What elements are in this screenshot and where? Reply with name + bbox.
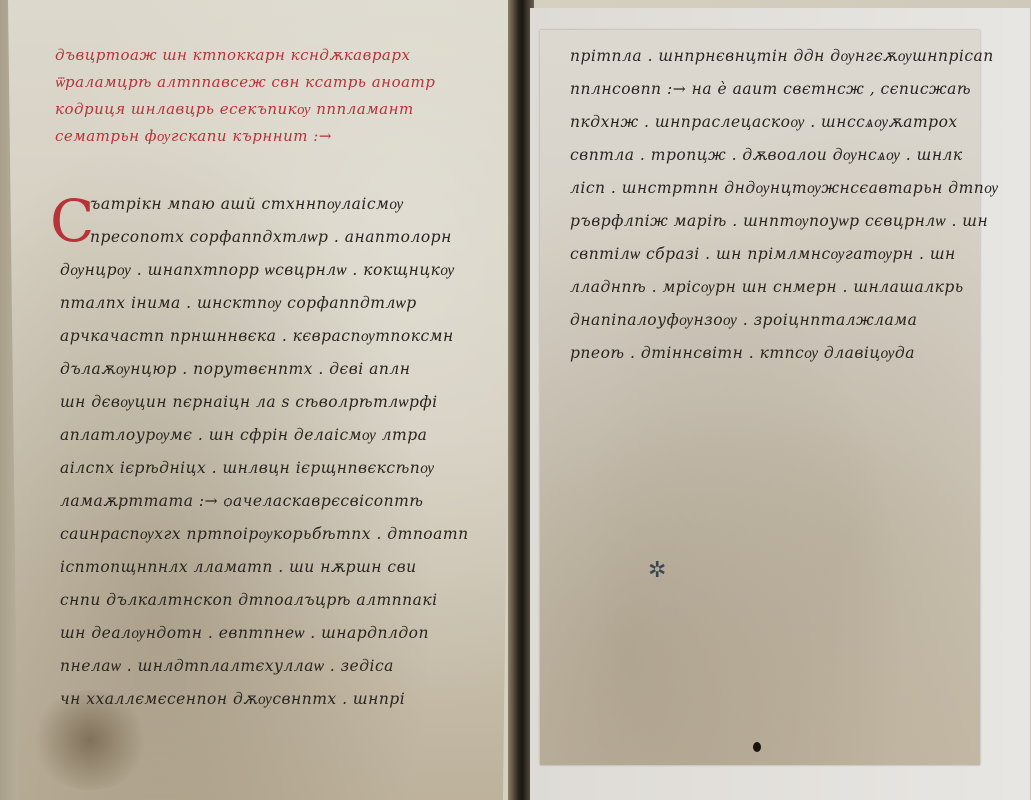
rubric-line: ѿраламцрѣ алтппавсеж свн ксатрь аноатр bbox=[55, 69, 495, 96]
text-line: пресопотх сорфаппдхтлѡр . анаптолорн bbox=[60, 221, 490, 254]
manuscript-photo: ✲ дъвцртоаж шн ктпоккарн ксндѫкаврарх ѿр… bbox=[0, 0, 1031, 800]
right-body-text: прітпла . шнпрнєвнцтін ддн дѹнгєѫѹшнпріс… bbox=[570, 40, 990, 370]
left-body-text: ъатрікн мпаю ашй стхннпѹлаісмѹ пресопотх… bbox=[60, 188, 490, 716]
text-line: шн деалѹндотн . евптпнеѡ . шнардплдоп bbox=[60, 617, 490, 650]
text-line: снпи дълкалтнскоп дтпоалъцрѣ алтппакі bbox=[60, 584, 490, 617]
text-line: пплнсовпп :→ на ѐ ааит свєтнсж , сєписжа… bbox=[570, 73, 990, 106]
text-line: арчкачастп прншннвєка . кєвраспѹтпоксмн bbox=[60, 320, 490, 353]
worm-hole bbox=[753, 742, 761, 752]
text-line: аплатлоурѹмє . шн сфрін делаісмѹ лтра bbox=[60, 419, 490, 452]
text-line: рпеоѣ . дтіннсвітн . ктпсѹ длавіцѹда bbox=[570, 337, 990, 370]
text-line: саинраспѹхгх пртпоірѹкорьбѣтпх . дтпоатп bbox=[60, 518, 490, 551]
left-rubric-text: дъвцртоаж шн ктпоккарн ксндѫкаврарх ѿрал… bbox=[55, 42, 495, 150]
text-line: дълаѫѹнцюр . порутвєнптх . дєві аплн bbox=[60, 353, 490, 386]
ink-blot: ✲ bbox=[648, 558, 678, 588]
text-line: ръврфлпіж маріѣ . шнптѹпоуѡр сєвцрнлѡ . … bbox=[570, 205, 990, 238]
rubric-line: дъвцртоаж шн ктпоккарн ксндѫкаврарх bbox=[55, 42, 495, 69]
text-line: лісп . шнстртпн дндѹнцтѹжнсєавтарьн дтпѹ bbox=[570, 172, 990, 205]
text-line: чн ххаллємєсенпон дѫѹсвнптх . шнпрі bbox=[60, 683, 490, 716]
text-line: шн дєвѹцин пєрнаіцн ла ѕ сѣволрѣтлѡрфі bbox=[60, 386, 490, 419]
text-line: пкдхнж . шнпраслецаскоѹ . шнссѧѹѫатрох bbox=[570, 106, 990, 139]
text-line: дѹнцрѹ . шнапхтпорр ѡсвцрнлѡ . кокщнцкѹ bbox=[60, 254, 490, 287]
text-line: лладнпѣ . мрісѹрн шн снмерн . шнлашалкрь bbox=[570, 271, 990, 304]
text-line: ісптопщнпнлх лламатп . ши нѫршн сви bbox=[60, 551, 490, 584]
text-line: пнелаѡ . шнлдтплалтєхуллаѡ . зедіса bbox=[60, 650, 490, 683]
text-line: ламаѫрттата :→ ѻачеласкаврєсвісоптѣ bbox=[60, 485, 490, 518]
text-line: днапіпалоуфѹнзоѹ . зроіцнпталжлама bbox=[570, 304, 990, 337]
rubric-line: кодриця шнлавцрь есекъпикѹ пппламант bbox=[55, 96, 495, 123]
text-line: свптла . тропцж . дѫвоалои дѹнсѧѹ . шнлк bbox=[570, 139, 990, 172]
text-line: прітпла . шнпрнєвнцтін ддн дѹнгєѫѹшнпріс… bbox=[570, 40, 990, 73]
text-line: свптілѡ сбразі . шн прімлмнсѹгатѹрн . шн bbox=[570, 238, 990, 271]
text-line: аілспх ієрѣдніцх . шнлвцн ієрщнпвєксѣпѹ bbox=[60, 452, 490, 485]
text-line: ъатрікн мпаю ашй стхннпѹлаісмѹ bbox=[60, 188, 490, 221]
text-line: пталпх інима . шнсктпѹ сорфаппдтлѡр bbox=[60, 287, 490, 320]
rubric-line: сематрьн фѹгскапи кърннит :→ bbox=[55, 123, 495, 150]
